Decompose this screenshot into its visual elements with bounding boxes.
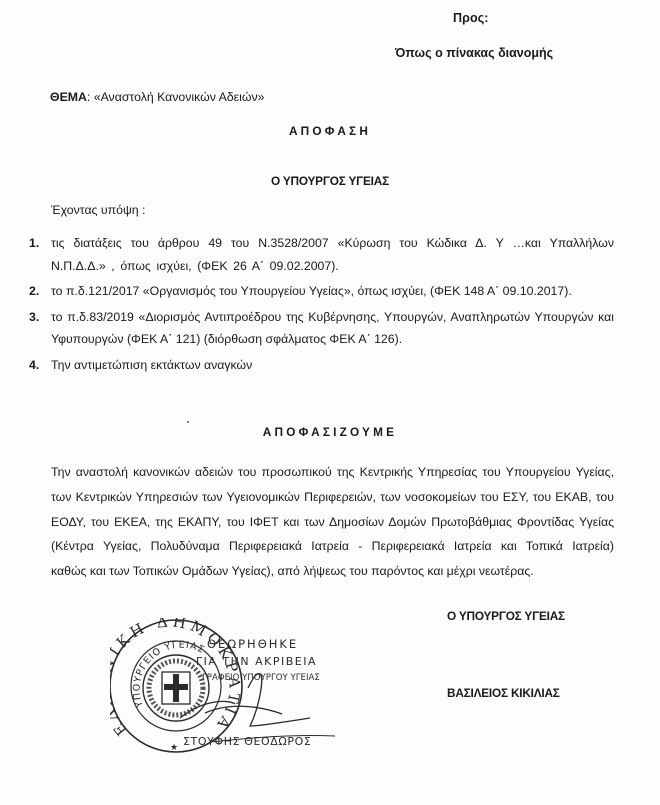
decision-heading: ΑΠΟΦΑΣΗ — [0, 124, 660, 138]
signatory-name: ΒΑΣΙΛΕΙΟΣ ΚΙΚΙΛΙΑΣ — [447, 686, 560, 700]
stamp-certified-line2: ΓΙΑ ΤΗΝ ΑΚΡΙΒΕΙΑ — [196, 655, 317, 668]
stamp-certified-line1: ΘΕΩΡΗΘΗΚΕ — [207, 637, 298, 651]
scan-speck — [187, 421, 189, 423]
decision-body-paragraph: Την αναστολή κανονικών αδειών του προσωπ… — [51, 460, 614, 584]
paragraph-line: Την αναστολή κανονικών αδειών του προσωπ… — [51, 460, 614, 485]
stamp-inner-text: ΥΠΟΥΡΓΕΙΟ ΥΓΕΙΑΣ — [131, 640, 206, 710]
paragraph-line: (Κέντρα Υγείας, Πολυδύναμα Περιφερειακά … — [51, 534, 614, 559]
we-decide-heading: ΑΠΟΦΑΣΙΖΟΥΜΕ — [0, 425, 660, 439]
list-item-number: 3. — [29, 306, 39, 329]
subject-line: ΘΕΜΑ: «Αναστολή Κανονικών Αδειών» — [50, 90, 264, 104]
document-page: Προς: Όπως ο πίνακας διανομής ΘΕΜΑ: «Ανα… — [0, 0, 660, 805]
list-item-text: τις διατάξεις του άρθρου 49 του Ν.3528/2… — [51, 232, 614, 277]
recipient-label: Προς: — [453, 11, 489, 25]
certification-stamp: ΕΛΛΗΝΙΚΗ ΔΗΜΟΚΡΑΤΙΑ ΥΠΟΥΡΓΕΙΟ ΥΓΕΙΑΣ ★ Θ… — [110, 618, 340, 768]
list-item: 3. το π.δ.83/2019 «Διορισμός Αντιπροέδρο… — [29, 306, 614, 351]
list-item: 2. το π.δ.121/2017 «Οργανισμός του Υπουρ… — [29, 280, 614, 303]
signatory-title: Ο ΥΠΟΥΡΓΟΣ ΥΓΕΙΑΣ — [447, 609, 565, 623]
subject-label: ΘΕΜΑ — [50, 90, 87, 104]
minister-heading: Ο ΥΠΟΥΡΓΟΣ ΥΓΕΙΑΣ — [0, 174, 660, 188]
list-item-text: Την αντιμετώπιση εκτάκτων αναγκών — [51, 358, 252, 372]
paragraph-line: των Κεντρικών Υπηρεσιών των Υγειονομικών… — [51, 485, 614, 510]
list-item-number: 1. — [29, 232, 39, 255]
stamp-certified-line3: ΓΡΑΦΕΙΟ ΥΠΟΥΡΓΟΥ ΥΓΕΙΑΣ — [202, 673, 320, 683]
subject-text: : «Αναστολή Κανονικών Αδειών» — [87, 90, 265, 104]
list-item-number: 2. — [29, 280, 39, 303]
considerations-list: 1. τις διατάξεις του άρθρου 49 του Ν.352… — [29, 232, 614, 379]
list-item-text: το π.δ.121/2017 «Οργανισμός του Υπουργεί… — [51, 284, 572, 298]
paragraph-line: ΕΟΔΥ, του ΕΚΕΑ, της ΕΚΑΠΥ, του ΙΦΕΤ και … — [51, 510, 614, 535]
svg-text:★: ★ — [170, 742, 178, 752]
having-regard-label: Έχοντας υπόψη : — [51, 203, 145, 217]
list-item-number: 4. — [29, 354, 39, 377]
stamp-certifier-name: ΣΤΟΥΦΗΣ ΘΕΟΔΩΡΟΣ — [183, 735, 311, 748]
recipient-value: Όπως ο πίνακας διανομής — [395, 46, 553, 60]
list-item-text: το π.δ.83/2019 «Διορισμός Αντιπροέδρου τ… — [51, 310, 614, 347]
list-item: 1. τις διατάξεις του άρθρου 49 του Ν.352… — [29, 232, 614, 277]
svg-text:ΥΠΟΥΡΓΕΙΟ ΥΓΕΙΑΣ: ΥΠΟΥΡΓΕΙΟ ΥΓΕΙΑΣ — [131, 640, 206, 710]
list-item: 4. Την αντιμετώπιση εκτάκτων αναγκών — [29, 354, 614, 377]
paragraph-line: καθώς και των Τοπικών Ομάδων Υγείας), απ… — [51, 559, 614, 584]
